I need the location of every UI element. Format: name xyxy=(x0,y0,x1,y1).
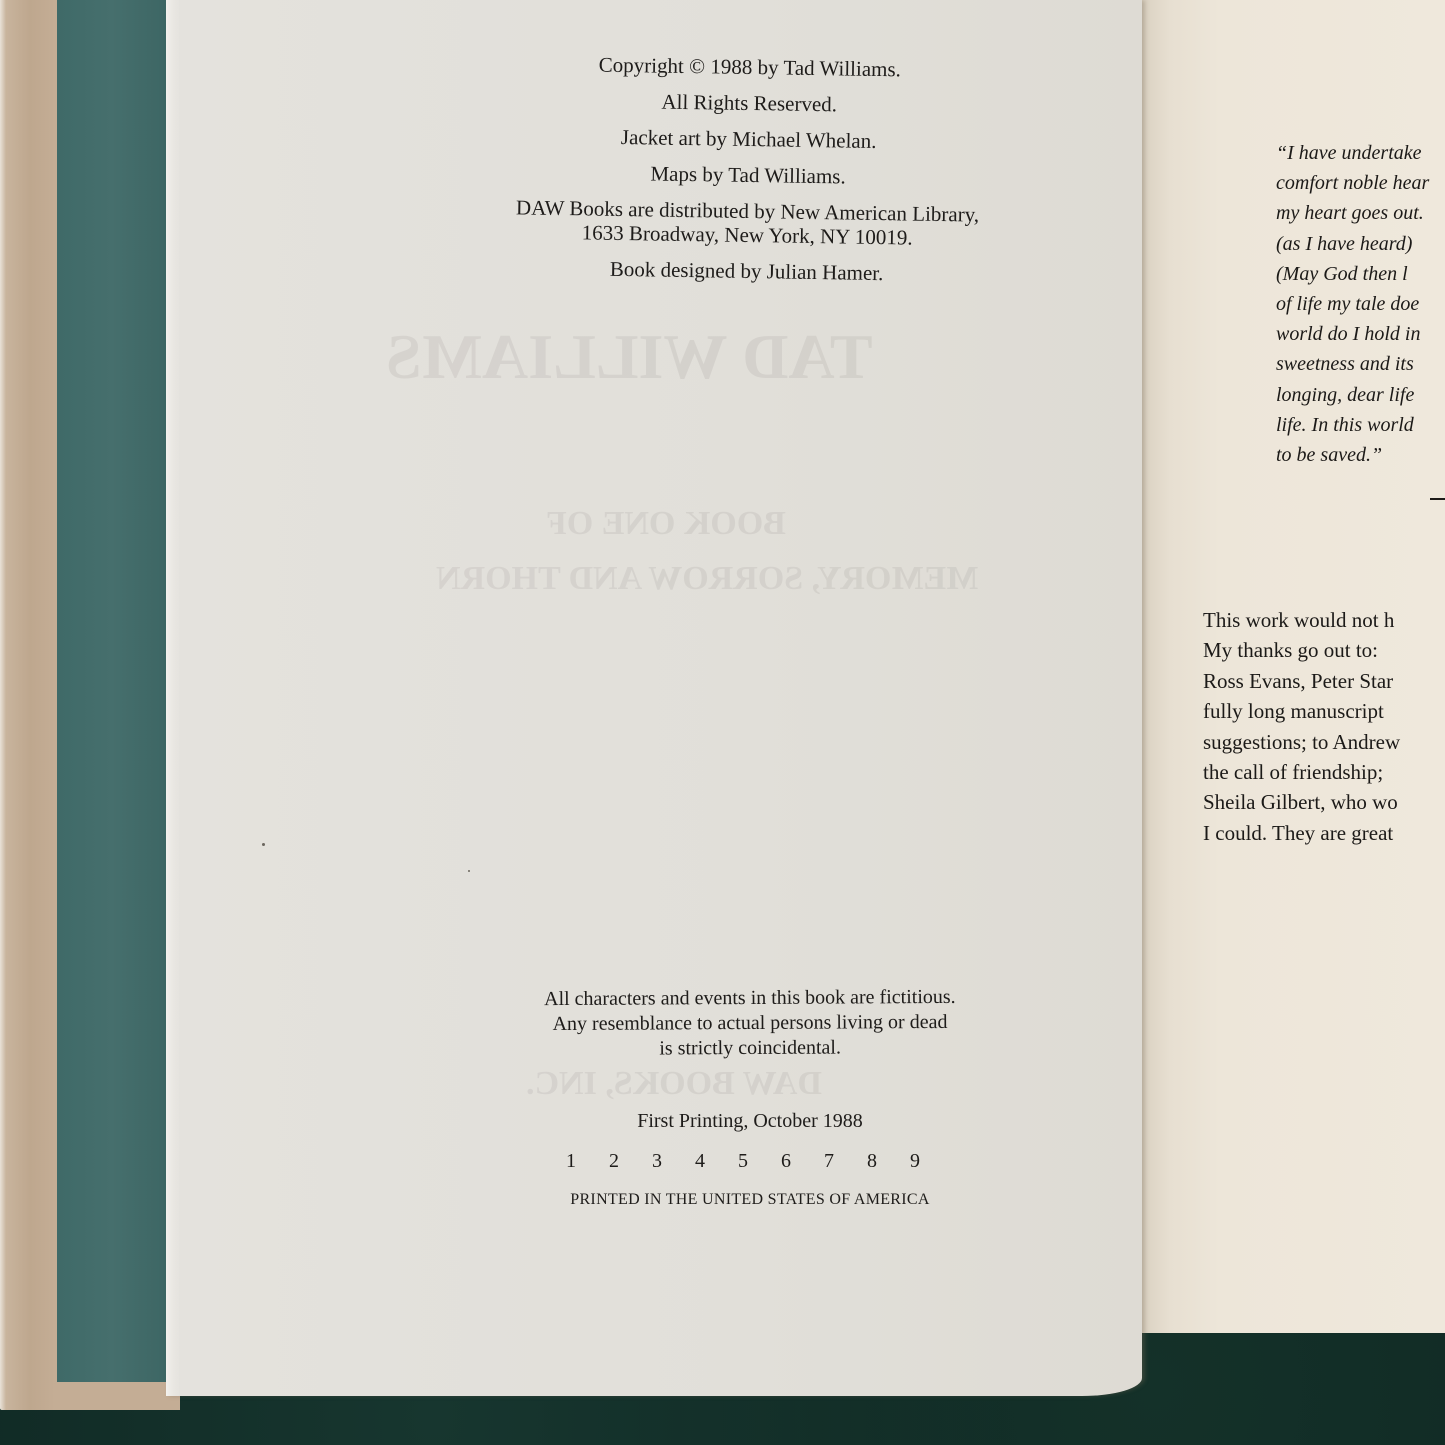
endpaper xyxy=(57,0,167,1382)
ack-line: This work would not h xyxy=(1203,605,1445,635)
epigraph-line: my heart goes out. xyxy=(1276,198,1445,228)
copyright-block: Copyright © 1988 by Tad Williams. All Ri… xyxy=(396,50,1100,301)
epigraph-line: (May God then l xyxy=(1276,259,1445,289)
ack-line: Sheila Gilbert, who wo xyxy=(1203,787,1445,817)
printer-number-line: 1 2 3 4 5 6 7 8 9 xyxy=(440,1150,1060,1173)
show-through-series: MEMORY, SORROW AND THORN xyxy=(436,560,978,598)
epigraph-line: to be saved.” xyxy=(1276,440,1445,470)
show-through-book: BOOK ONE OF xyxy=(546,505,786,543)
first-printing: First Printing, October 1988 xyxy=(440,1110,1060,1133)
maps-credit: Maps by Tad Williams. xyxy=(398,157,1098,192)
acknowledgments: This work would not h My thanks go out t… xyxy=(1203,605,1445,848)
paper-speck xyxy=(468,870,470,872)
epigraph-line: life. In this world xyxy=(1276,410,1445,440)
disclaimer-line: Any resemblance to actual persons living… xyxy=(440,1009,1060,1037)
disclaimer-line: All characters and events in this book a… xyxy=(440,984,1060,1012)
epigraph-line: sweetness and its xyxy=(1276,349,1445,379)
epigraph-line: “I have undertake xyxy=(1276,138,1445,168)
epigraph-line: comfort noble hear xyxy=(1276,168,1445,198)
fiction-disclaimer: All characters and events in this book a… xyxy=(440,984,1060,1062)
epigraph-line: (as I have heard) xyxy=(1276,229,1445,259)
epigraph-line: world do I hold in xyxy=(1276,319,1445,349)
disclaimer-line: is strictly coincidental. xyxy=(440,1034,1060,1062)
jacket-art-credit: Jacket art by Michael Whelan. xyxy=(399,121,1099,156)
ack-line: Ross Evans, Peter Star xyxy=(1203,666,1445,696)
epigraph-line: longing, dear life xyxy=(1276,380,1445,410)
designer-credit: Book designed by Julian Hamer. xyxy=(396,253,1096,288)
ack-line: I could. They are great xyxy=(1203,818,1445,848)
ack-line: My thanks go out to: xyxy=(1203,635,1445,665)
ack-line: suggestions; to Andrew xyxy=(1203,727,1445,757)
epigraph: “I have undertake comfort noble hear my … xyxy=(1276,138,1445,470)
show-through-title: TAD WILLIAMS xyxy=(386,320,873,394)
ack-line: the call of friendship; xyxy=(1203,757,1445,787)
rights-line: All Rights Reserved. xyxy=(399,85,1099,120)
printed-in-usa: PRINTED IN THE UNITED STATES OF AMERICA xyxy=(440,1191,1060,1209)
ack-line: fully long manuscript xyxy=(1203,696,1445,726)
epigraph-line: of life my tale doe xyxy=(1276,289,1445,319)
show-through-publisher: DAW BOOKS, INC. xyxy=(526,1065,822,1103)
attribution-dash xyxy=(1430,498,1445,500)
paper-speck xyxy=(262,843,265,846)
